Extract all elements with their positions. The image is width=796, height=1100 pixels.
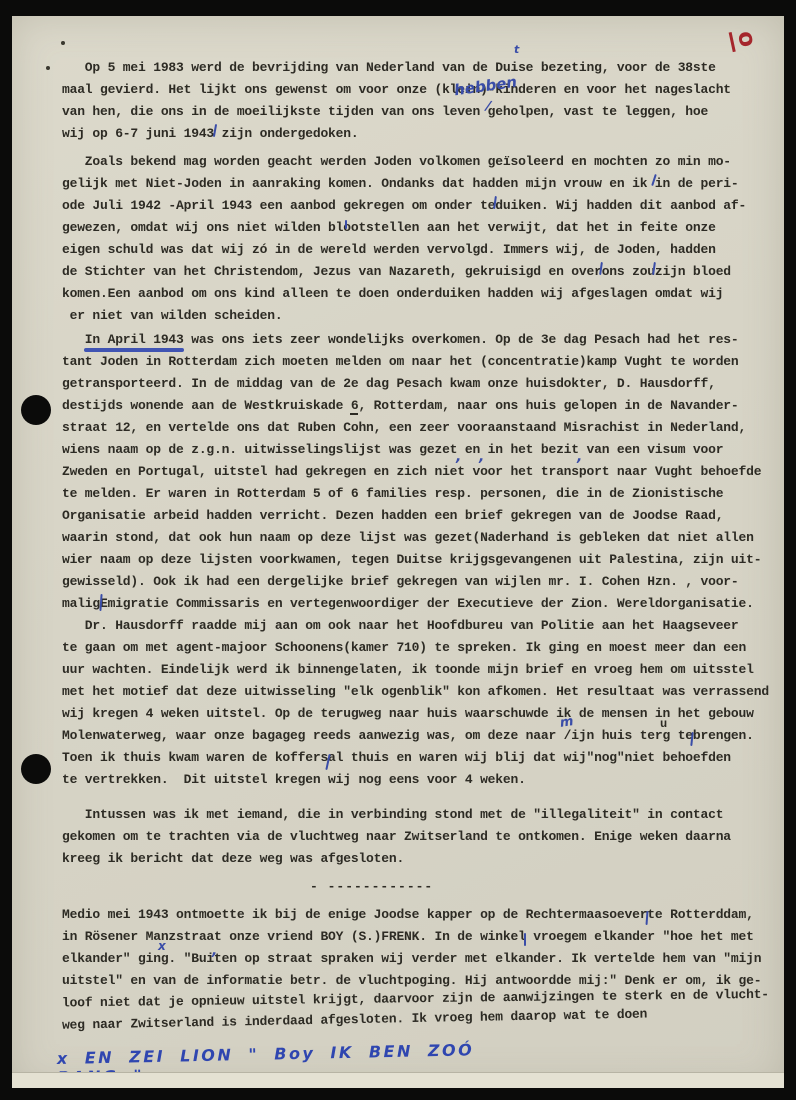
typed-line: wiens naam op de z.g.n. uitwisselingslij… — [62, 439, 784, 461]
typed-line: te melden. Er waren in Rotterdam 5 of 6 … — [62, 483, 784, 505]
typed-line: Op 5 mei 1983 werd de bevrijding van Ned… — [62, 57, 784, 79]
paragraph-medio-mei: Medio mei 1943 ontmoette ik bij de enige… — [62, 904, 784, 1036]
divider-dashes: - ------------ — [62, 876, 784, 898]
typed-line: komen.Een aanbod om ons kind alleen te d… — [62, 283, 784, 305]
typed-line: waarin stond, dat ook hun naam op deze l… — [62, 527, 784, 549]
typed-line: te vertrekken. Dit uitstel kregen wij no… — [62, 769, 784, 791]
paragraph-hausdorff-police: Dr. Hausdorff raadde mij aan om ook naar… — [62, 615, 784, 791]
typed-line: te gaan om met agent-majoor Schoonens(ka… — [62, 637, 784, 659]
scan-background: { "page": { "red_mark": "o", "handwritte… — [0, 0, 796, 1100]
typed-line: de Stichter van het Christendom, Jezus v… — [62, 261, 784, 283]
typed-line: Toen ik thuis kwam waren de koffersal th… — [62, 747, 784, 769]
handwritten-note-bottom: x EN ZEI LION " Boy IK BEN ZOÓ BANG " — [57, 1039, 538, 1087]
typed-line: Medio mei 1943 ontmoette ik bij de enige… — [62, 904, 784, 926]
typed-line: wij kregen 4 weken uitstel. Op de terugw… — [62, 703, 784, 725]
typed-line: Intussen was ik met iemand, die in verbi… — [62, 804, 784, 826]
typed-line: In April 1943 was ons iets zeer wondelij… — [62, 329, 784, 351]
typed-line: elkander" ging. "Buiten op straat sprake… — [62, 948, 784, 970]
paragraph-isolation: Zoals bekend mag worden geacht werden Jo… — [62, 151, 784, 327]
typed-line: getransporteerd. In de middag van de 2e … — [62, 373, 784, 395]
typed-line: eigen schuld was dat wij zó in de wereld… — [62, 239, 784, 261]
typed-line: in Rösener Manzstraat onze vriend BOY (S… — [62, 926, 784, 948]
typed-line: maligEmigratie Commissaris en vertegenwo… — [62, 593, 784, 615]
paragraph-liberation-1983: Op 5 mei 1983 werd de bevrijding van Ned… — [62, 57, 784, 145]
typed-line: Molenwaterweg, waar onze bagageg reeds a… — [62, 725, 784, 747]
typed-line: Organisatie arbeid hadden verricht. Deze… — [62, 505, 784, 527]
typed-line: met het motief dat deze uitwisseling "el… — [62, 681, 784, 703]
typed-line: wij op 6-7 juni 1943 zijn ondergedoken. — [62, 123, 784, 145]
typed-line: kreeg ik bericht dat deze weg was afgesl… — [62, 848, 784, 870]
typed-line: gekomen om te trachten via de vluchtweg … — [62, 826, 784, 848]
typed-line: Zweden en Portugal, uitstel had gekregen… — [62, 461, 784, 483]
typed-text-body: Op 5 mei 1983 werd de bevrijding van Ned… — [12, 16, 784, 1036]
document-paper: o Op 5 mei 1983 werd de bevrijding van N… — [12, 16, 784, 1088]
typed-line: gewezen, omdat wij ons niet wilden bloot… — [62, 217, 784, 239]
typed-line: tant Joden in Rotterdam zich moeten meld… — [62, 351, 784, 373]
typed-line: destijds wonende aan de Westkruiskade 6,… — [62, 395, 784, 417]
typed-line: van hen, die ons in de moeilijkste tijde… — [62, 101, 784, 123]
typed-line: er niet van wilden scheiden. — [62, 305, 784, 327]
typed-line: gelijk met Niet-Joden in aanraking komen… — [62, 173, 784, 195]
typed-line: wier naam op deze lijsten voorkwamen, te… — [62, 549, 784, 571]
typed-line: straat 12, en vertelde ons dat Ruben Coh… — [62, 417, 784, 439]
typed-line: uur wachten. Eindelijk werd ik binnengel… — [62, 659, 784, 681]
typed-line: maal gevierd. Het lijkt ons gewenst om v… — [62, 79, 784, 101]
paragraph-april-1943: In April 1943 was ons iets zeer wondelij… — [62, 329, 784, 615]
typed-line: - ------------ — [310, 876, 784, 898]
typed-line: Zoals bekend mag worden geacht werden Jo… — [62, 151, 784, 173]
typed-line: ode Juli 1942 -April 1943 een aanbod gek… — [62, 195, 784, 217]
paragraph-illegaliteit: Intussen was ik met iemand, die in verbi… — [62, 804, 784, 870]
typed-line: gewisseld). Ook ik had een dergelijke br… — [62, 571, 784, 593]
typed-line: Dr. Hausdorff raadde mij aan om ook naar… — [62, 615, 784, 637]
